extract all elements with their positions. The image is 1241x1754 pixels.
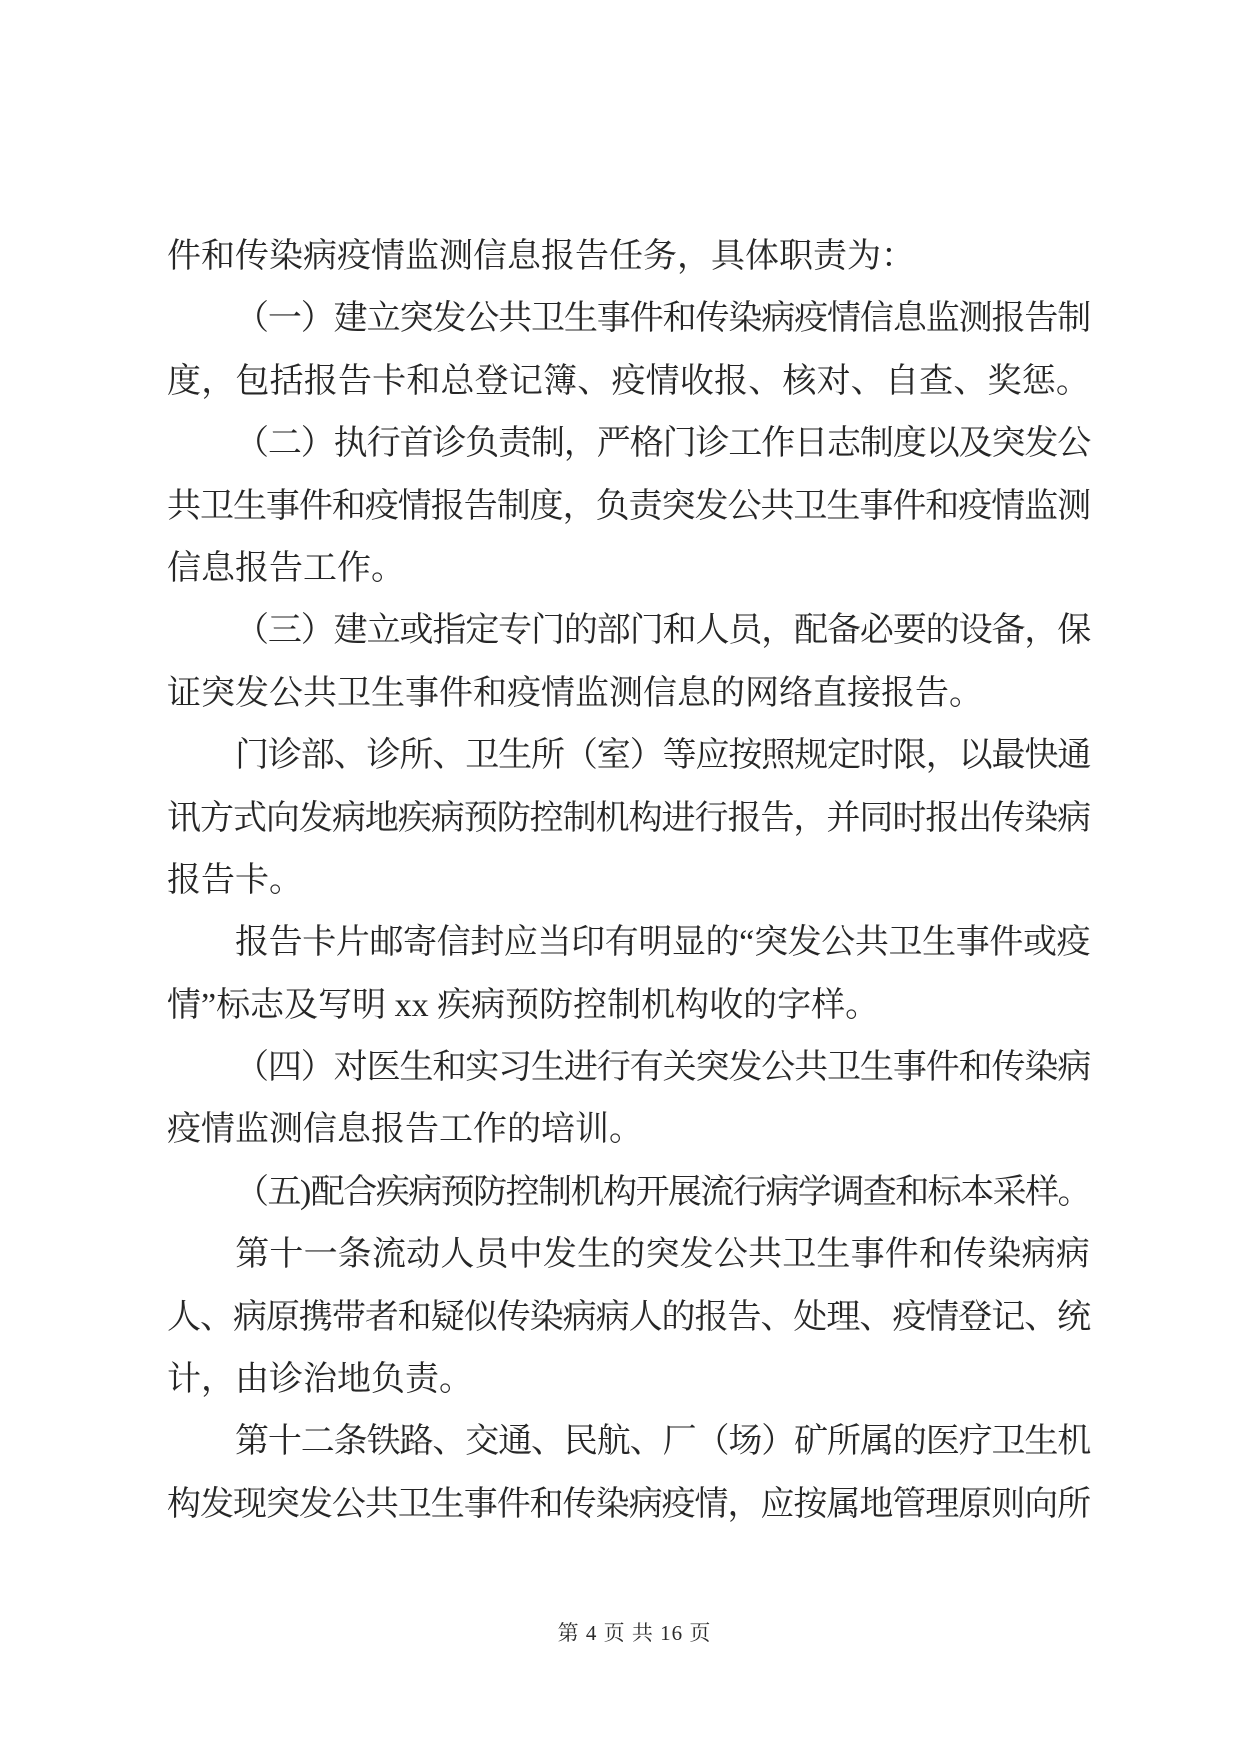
paragraph-indent — [167, 1037, 235, 1099]
text-line: （四）对医生和实习生进行有关突发公共卫生事件和传染病 — [167, 1037, 1090, 1099]
text-line: 第十一条流动人员中发生的突发公共卫生事件和传染病病 — [167, 1224, 1090, 1286]
text-line: 件和传染病疫情监测信息报告任务，具体职责为： — [167, 226, 1090, 288]
page-number-footer: 第 4 页 共 16 页 — [0, 1616, 1241, 1650]
text-line: 证突发公共卫生事件和疫情监测信息的网络直接报告。 — [167, 663, 1090, 725]
text-line: 报告卡。 — [167, 850, 1090, 912]
text-line: 度，包括报告卡和总登记簿、疫情收报、核对、自查、奖惩。 — [167, 351, 1090, 413]
paragraph-indent — [167, 413, 235, 475]
text-line: （三）建立或指定专门的部门和人员，配备必要的设备，保 — [167, 600, 1090, 662]
text-line: 报告卡片邮寄信封应当印有明显的“突发公共卫生事件或疫 — [167, 912, 1090, 974]
text-line: 计，由诊治地负责。 — [167, 1349, 1090, 1411]
text-line: 信息报告工作。 — [167, 538, 1090, 600]
text-line: 构发现突发公共卫生事件和传染病疫情，应按属地管理原则向所 — [167, 1474, 1090, 1536]
text-line: 情”标志及写明 xx 疾病预防控制机构收的字样。 — [167, 975, 1090, 1037]
text-line: 讯方式向发病地疾病预防控制机构进行报告，并同时报出传染病 — [167, 788, 1090, 850]
text-line: （二）执行首诊负责制，严格门诊工作日志制度以及突发公 — [167, 413, 1090, 475]
text-line: 共卫生事件和疫情报告制度，负责突发公共卫生事件和疫情监测 — [167, 476, 1090, 538]
paragraph-indent — [167, 1411, 235, 1473]
paragraph-indent — [167, 725, 235, 787]
document-body: 件和传染病疫情监测信息报告任务，具体职责为：（一）建立突发公共卫生事件和传染病疫… — [167, 226, 1090, 1536]
document-page: 件和传染病疫情监测信息报告任务，具体职责为：（一）建立突发公共卫生事件和传染病疫… — [0, 0, 1241, 1754]
text-line: 疫情监测信息报告工作的培训。 — [167, 1099, 1090, 1161]
paragraph-indent — [167, 1162, 235, 1224]
text-line: （五)配合疾病预防控制机构开展流行病学调查和标本采样。 — [167, 1162, 1090, 1224]
paragraph-indent — [167, 912, 235, 974]
paragraph-indent — [167, 600, 235, 662]
paragraph-indent — [167, 288, 235, 350]
paragraph-indent — [167, 1224, 235, 1286]
text-line: 门诊部、诊所、卫生所（室）等应按照规定时限，以最快通 — [167, 725, 1090, 787]
text-line: 人、病原携带者和疑似传染病病人的报告、处理、疫情登记、统 — [167, 1287, 1090, 1349]
text-line: （一）建立突发公共卫生事件和传染病疫情信息监测报告制 — [167, 288, 1090, 350]
text-line: 第十二条铁路、交通、民航、厂（场）矿所属的医疗卫生机 — [167, 1411, 1090, 1473]
